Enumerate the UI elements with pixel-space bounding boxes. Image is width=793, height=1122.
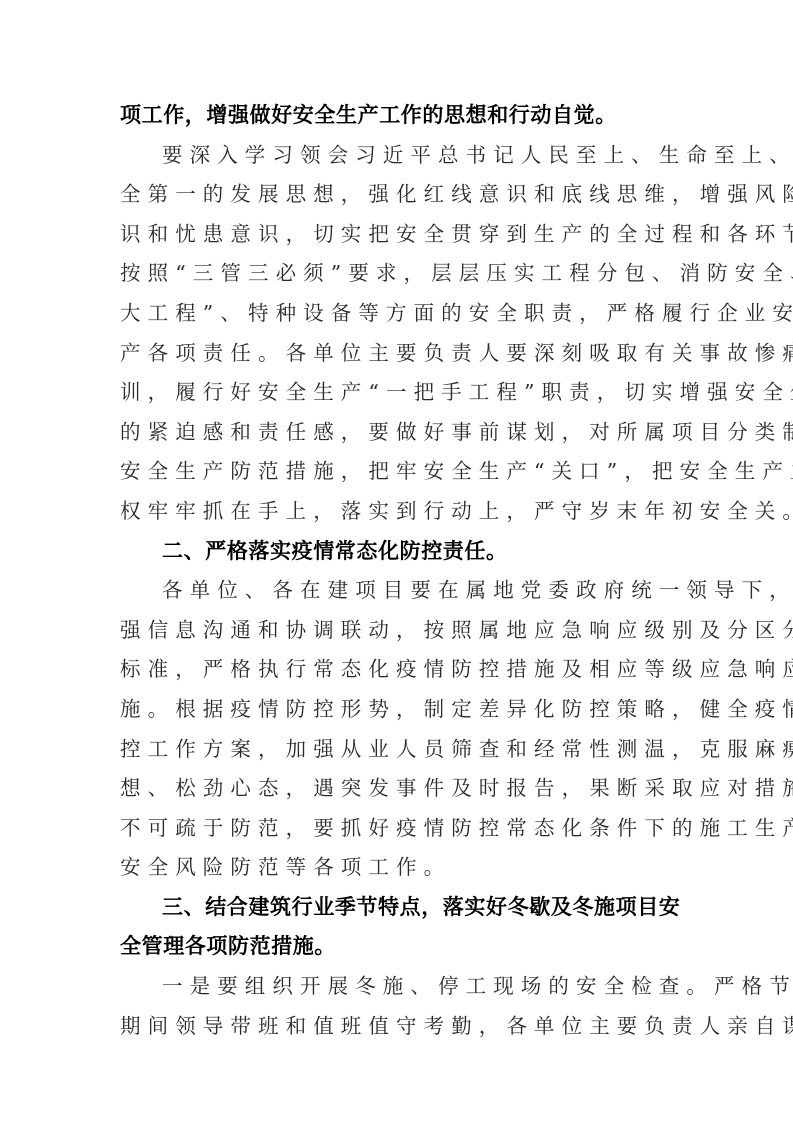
body-line: 强信息沟通和协调联动，按照属地应急响应级别及分区分级	[120, 611, 676, 651]
body-line: 识和忧患意识，切实把安全贯穿到生产的全过程和各环节，	[120, 215, 676, 255]
body-line: 要深入学习领会习近平总书记人民至上、生命至上、安	[120, 136, 676, 176]
body-line: 训，履行好安全生产“一把手工程”职责，切实增强安全生产	[120, 373, 676, 413]
body-line: 控工作方案，加强从业人员筛查和经常性测温，克服麻痹思	[120, 730, 676, 770]
body-line: 不可疏于防范，要抓好疫情防控常态化条件下的施工生产、	[120, 809, 676, 849]
heading-line: 二、严格落实疫情常态化防控责任。	[120, 532, 676, 572]
body-line: 施。根据疫情防控形势，制定差异化防控策略，健全疫情防	[120, 690, 676, 730]
heading-line: 全管理各项防范措施。	[120, 927, 676, 967]
body-line: 安全风险防范等各项工作。	[120, 848, 676, 888]
body-line: 全第一的发展思想，强化红线意识和底线思维，增强风险意	[120, 175, 676, 215]
body-line: 安全生产防范措施，把牢安全生产“关口”，把安全生产主动	[120, 452, 676, 492]
document-page: 项工作，增强做好安全生产工作的思想和行动自觉。要深入学习领会习近平总书记人民至上…	[120, 96, 676, 1046]
body-line: 期间领导带班和值班值守考勤，各单位主要负责人亲自谋划，	[120, 1007, 676, 1047]
body-line: 产各项责任。各单位主要负责人要深刻吸取有关事故惨痛教	[120, 334, 676, 374]
body-line: 的紧迫感和责任感，要做好事前谋划，对所属项目分类制定	[120, 413, 676, 453]
body-line: 一是要组织开展冬施、停工现场的安全检查。严格节日	[120, 967, 676, 1007]
heading-line: 三、结合建筑行业季节特点，落实好冬歇及冬施项目安	[120, 888, 676, 928]
body-line: 权牢牢抓在手上，落实到行动上，严守岁末年初安全关。	[120, 492, 676, 532]
body-line: 想、松劲心态，遇突发事件及时报告，果断采取应对措施，	[120, 769, 676, 809]
heading-line: 项工作，增强做好安全生产工作的思想和行动自觉。	[120, 96, 676, 136]
body-line: 大工程”、特种设备等方面的安全职责，严格履行企业安全生	[120, 294, 676, 334]
body-line: 标准，严格执行常态化疫情防控措施及相应等级应急响应措	[120, 650, 676, 690]
body-line: 按照“三管三必须”要求，层层压实工程分包、消防安全、“危	[120, 254, 676, 294]
body-line: 各单位、各在建项目要在属地党委政府统一领导下，加	[120, 571, 676, 611]
